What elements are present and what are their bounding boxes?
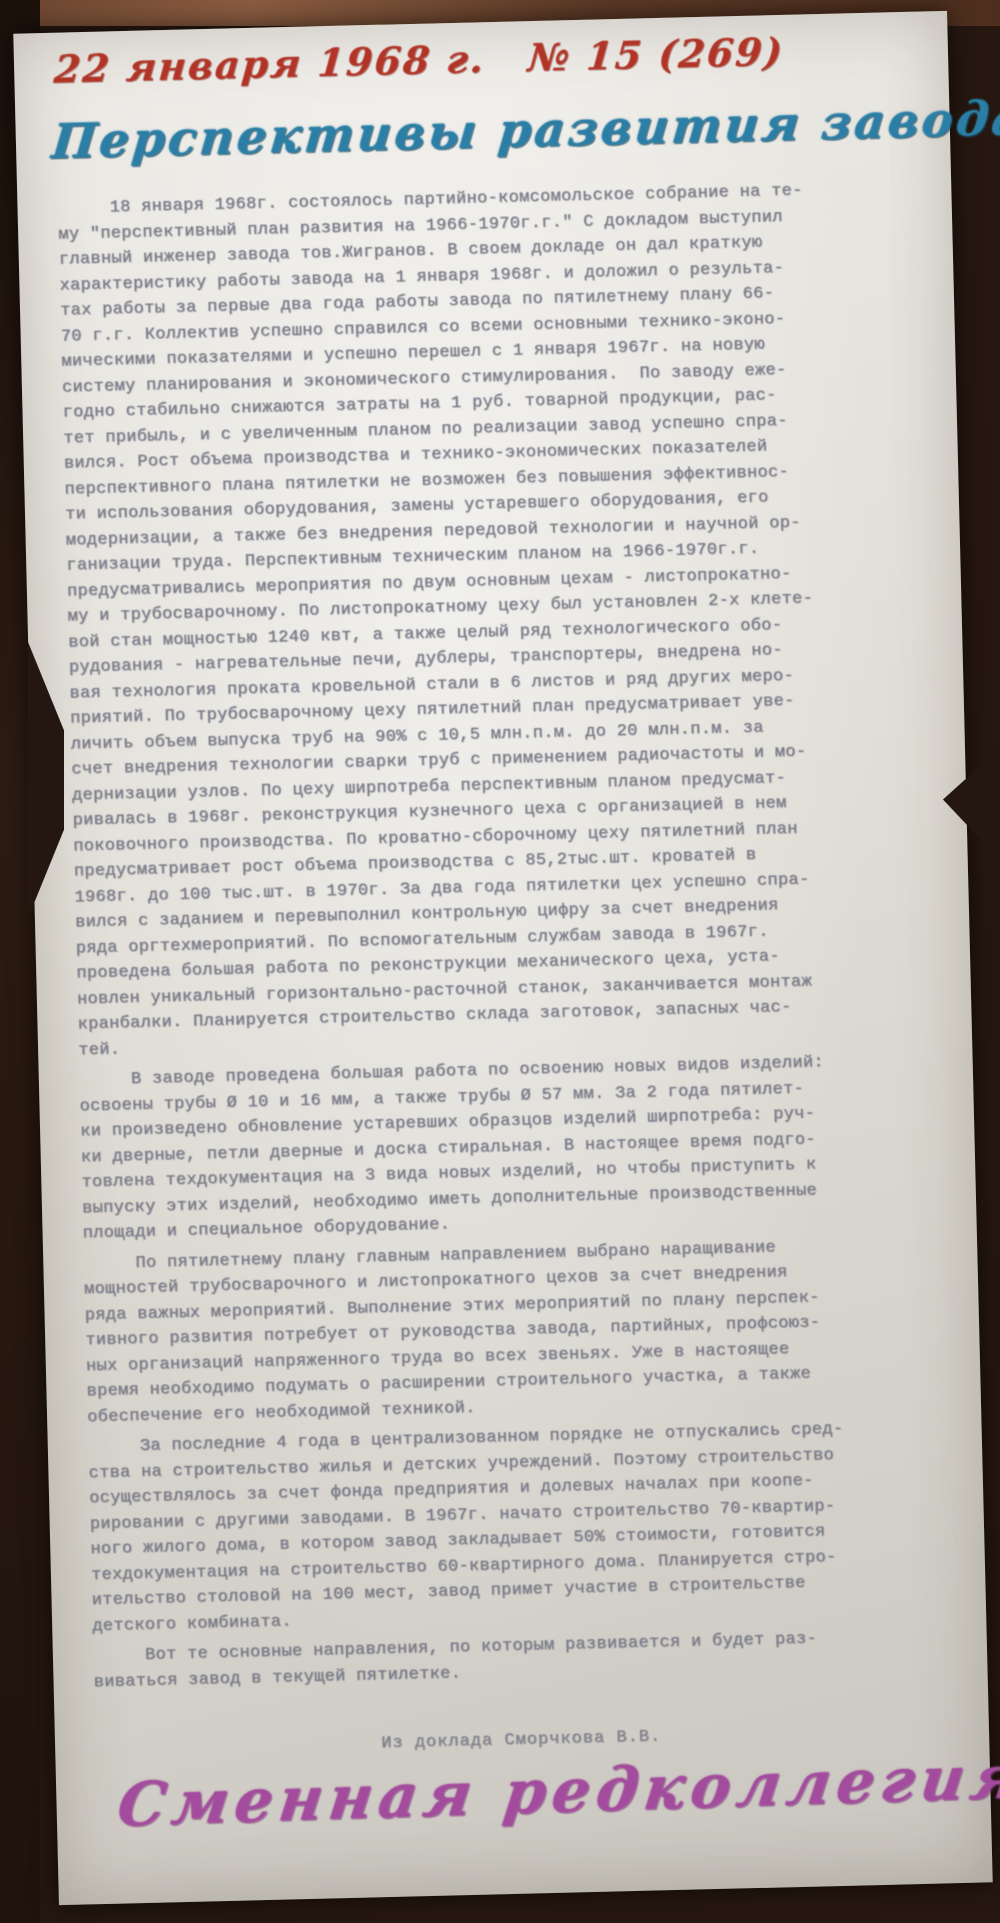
paper-sheet: 22 января 1968 г. № 15 (269) Перспективы… [13,11,992,1905]
paragraph: В заводе проведена большая работа по осв… [79,1049,857,1246]
issue-date: 22 января 1968 г. [52,36,487,92]
paragraph: За последние 4 года в централизованном п… [88,1416,867,1639]
paragraph: 18 января 1968г. состоялось партийно-ком… [57,178,852,1064]
paragraph: По пятилетнему плану главным направление… [83,1233,861,1430]
article-body: 18 января 1968г. состоялось партийно-ком… [39,171,963,1695]
issue-number: № 15 (269) [526,29,785,80]
editorial-signature: Сменная редколлегия. [114,1744,971,1841]
photo-of-wall-newspaper: { "header": { "date": "22 января 1968 г.… [0,0,1000,1923]
